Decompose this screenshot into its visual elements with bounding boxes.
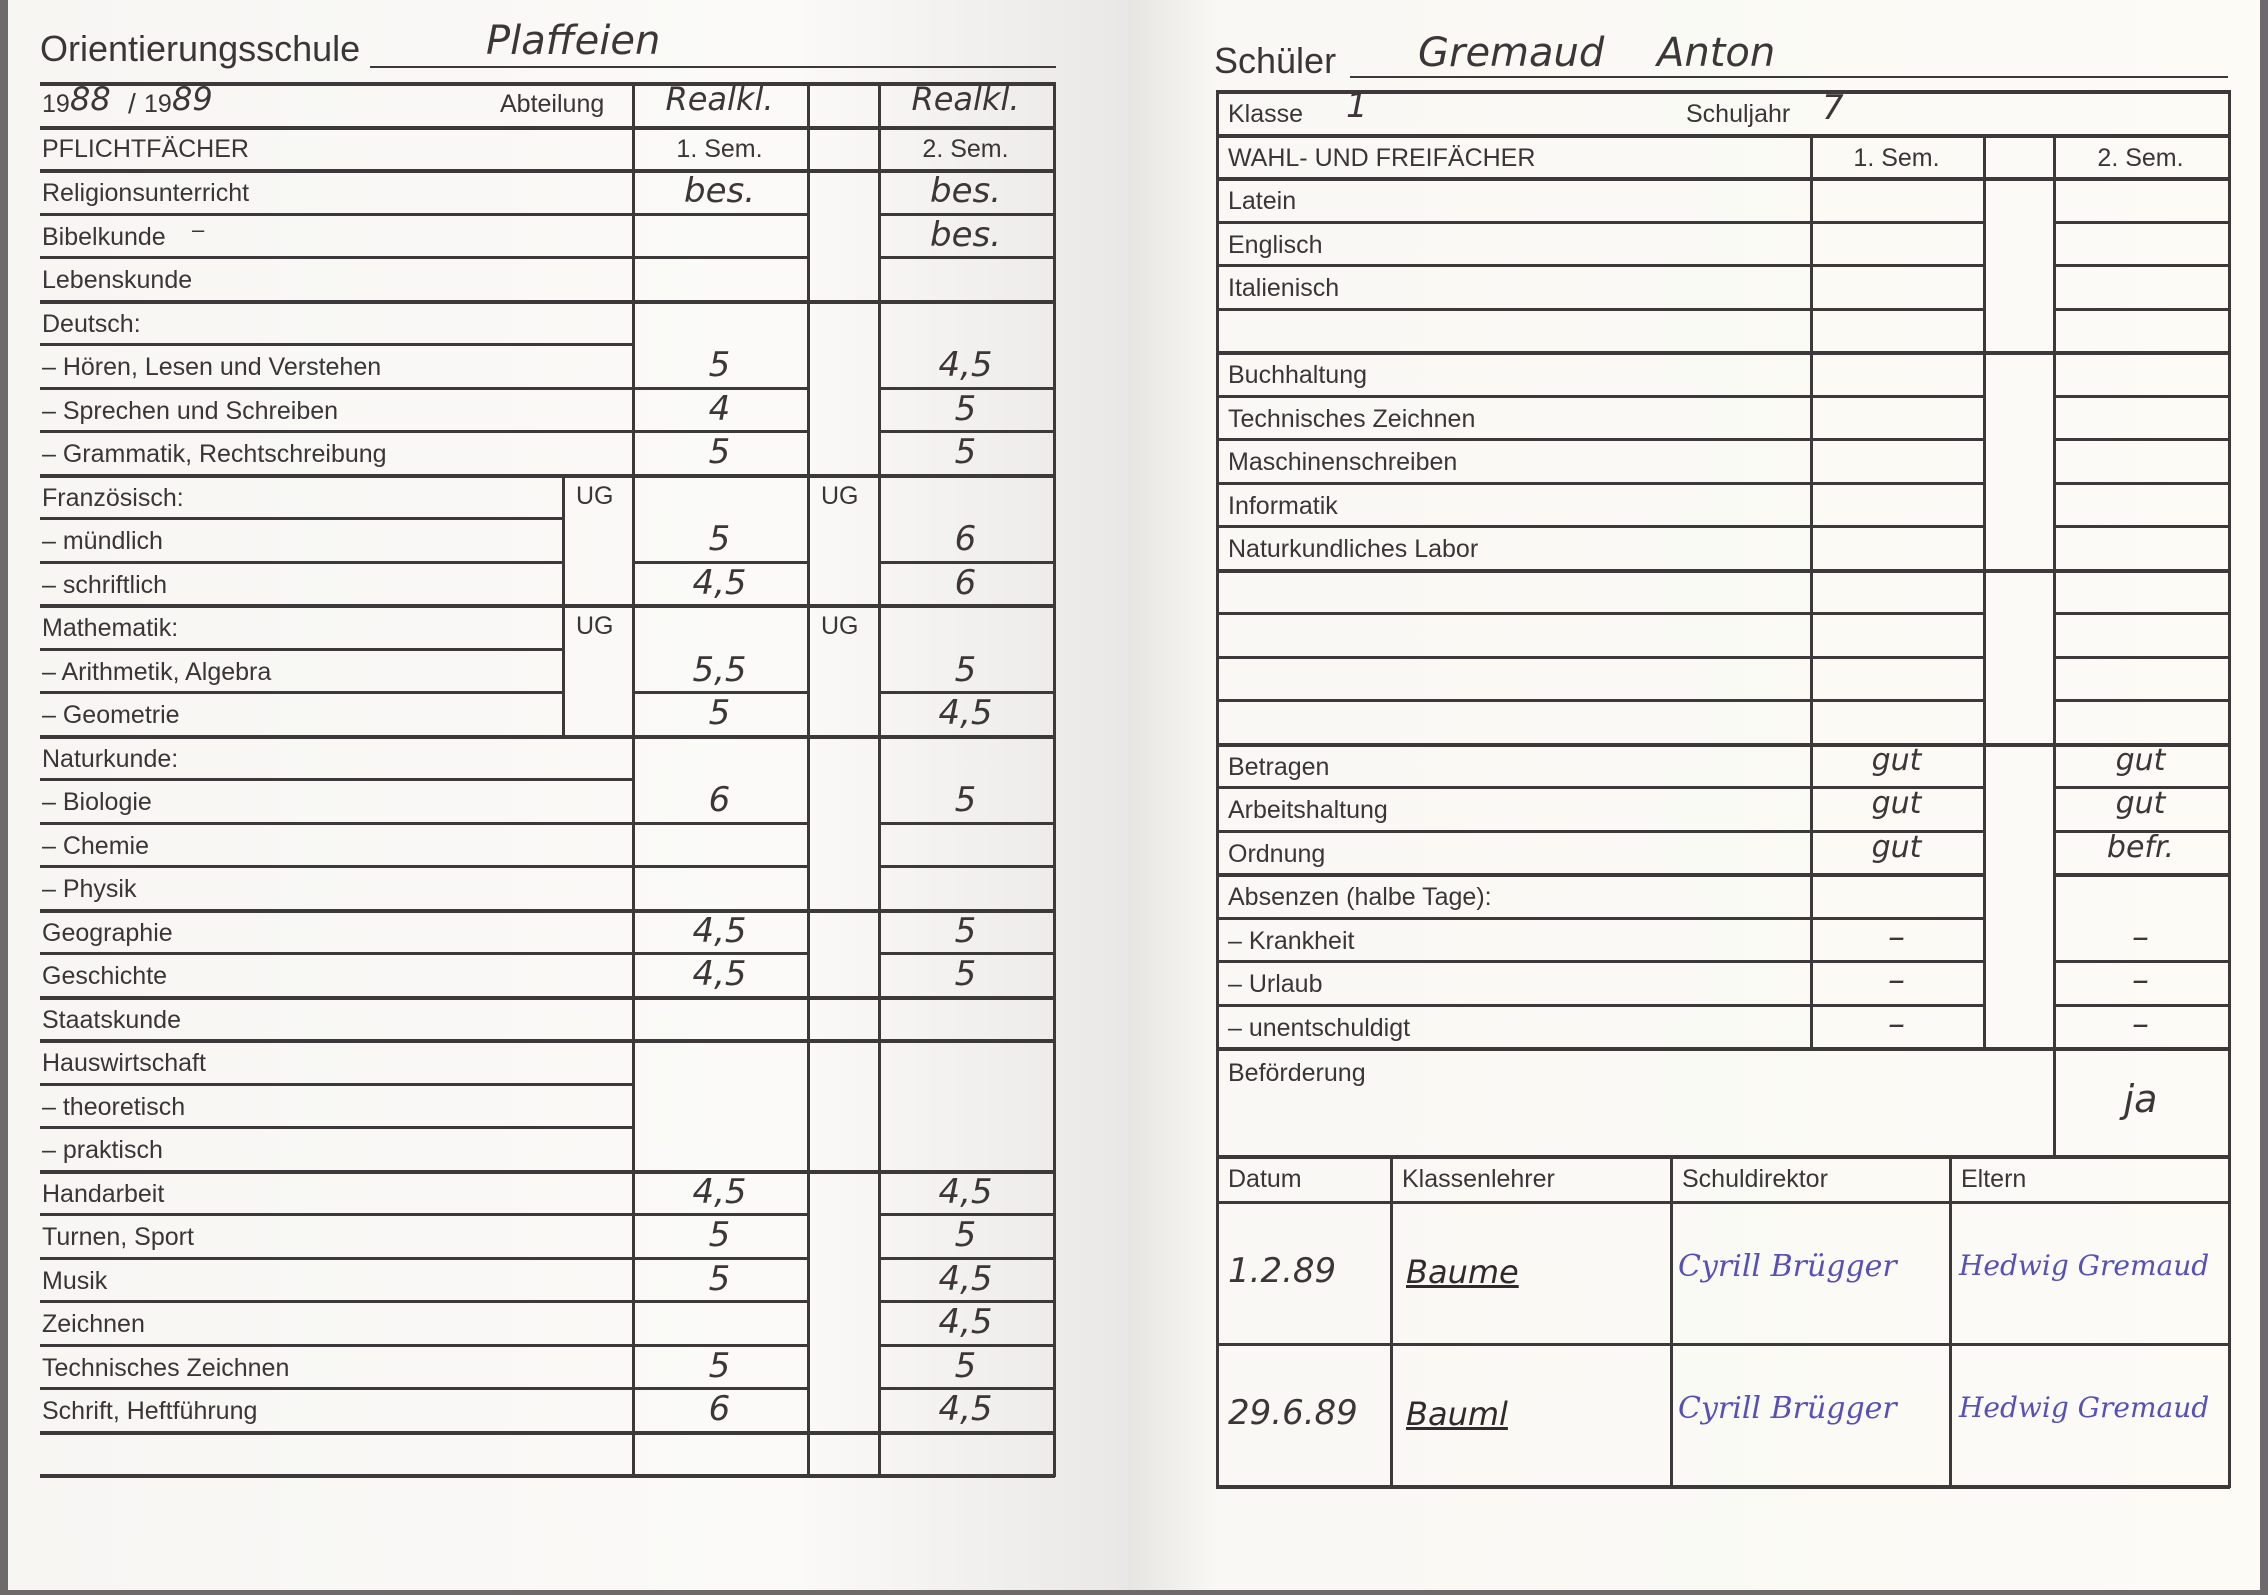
subject-label: – schriftlich [42,571,167,600]
klasse-label: Klasse [1228,100,1303,129]
gutter-rule [1983,743,2053,747]
subject-label: Deutsch: [42,310,141,339]
row-rule-sem1 [632,256,807,259]
row-rule [40,909,632,913]
row-rule-sem1 [632,735,807,739]
row-rule-sem2 [2053,221,2230,224]
signature-column-line [1390,1155,1393,1485]
row-rule [40,169,632,173]
row-rule-sem2 [2053,308,2230,311]
row-rule [40,517,562,520]
subject-label: Französisch: [42,484,184,513]
row-rule [40,1039,632,1043]
table-right-line [2228,90,2231,1488]
subject-label: Mathematik: [42,614,178,643]
row-rule-sem1 [632,1039,807,1043]
schuljahr-value: 7 [1822,88,1844,128]
signature-header: Schuldirektor [1682,1165,1828,1194]
conduct-sem2: gut [2053,743,2228,778]
ug-column-line [562,604,565,735]
conduct-label: Ordnung [1228,840,1325,869]
conduct-sem1: gut [1810,830,1983,865]
parents-signature: Hedwig Gremaud [1959,1391,2209,1424]
conduct-sem2: gut [2053,786,2228,821]
row-rule [1216,221,1983,224]
row-rule-sem2 [2053,873,2230,877]
subject-label: – Arithmetik, Algebra [42,658,271,687]
grade-sem2: 5 [878,389,1053,429]
grade-sem1: 6 [632,780,807,820]
row-rule-sem2 [2053,438,2230,441]
signature-bottom-rule [1216,1485,2230,1489]
absence-sem2: – [2053,960,2228,1000]
gutter-rule [1983,569,2053,573]
student-value: Gremaud Anton [1418,30,1775,76]
signature-date: 1.2.89 [1228,1251,1336,1291]
school-label: Orientierungsschule [40,28,360,70]
promotion-label: Beförderung [1228,1059,1366,1088]
signature-date: 29.6.89 [1228,1393,1358,1433]
row-rule [1216,569,1983,573]
row-rule [1216,525,1983,528]
row-rule [40,1170,632,1174]
gutter-rule [807,735,878,739]
row-rule-sem2 [2053,699,2230,702]
grade-sem1: 6 [632,1389,807,1429]
subject-label: – Sprechen und Schreiben [42,397,338,426]
subject-label: – Grammatik, Rechtschreibung [42,440,387,469]
elective-label: Latein [1228,187,1296,216]
row-rule [40,1344,632,1347]
signature-header: Klassenlehrer [1402,1165,1555,1194]
ug-label-sem1: UG [576,612,614,641]
row-rule [1216,656,1983,659]
schuljahr-label: Schuljahr [1686,100,1790,129]
table-right-line [1053,82,1056,1477]
ug-label-sem2: UG [821,482,859,511]
row-rule-sem2 [2053,351,2230,355]
row-rule [40,430,632,433]
gutter-rule [807,474,878,478]
grade-sem2: 5 [878,650,1053,690]
elective-label: Informatik [1228,492,1338,521]
row-rule [40,561,562,564]
sem1-right-line [807,82,810,1477]
row-rule-sem1 [632,300,807,304]
grade-sem1: 5,5 [632,650,807,690]
row-rule-sem2 [2053,612,2230,615]
row-rule-sem2 [2053,482,2230,485]
grade-sem2: 5 [878,1215,1053,1255]
absence-sem2: – [2053,917,2228,957]
row-rule-sem1 [632,1431,807,1435]
absence-sem2: – [2053,1004,2228,1044]
row-rule [1216,308,1983,311]
student-underline [1350,76,2228,78]
grade-sem1: 4,5 [632,911,807,951]
row-rule-sem1 [632,1300,807,1303]
row-rule [40,648,562,651]
year-value-2: 89 [172,80,213,118]
row-rule-sem2 [878,822,1055,825]
absence-sem1: – [1810,1004,1983,1044]
abteilung-sem2: Realkl. [878,80,1053,118]
grade-sem1: 4,5 [632,563,807,603]
year-prefix-2: 19 [144,90,172,119]
subject-label: Geographie [42,919,173,948]
row-rule-sem2 [878,256,1055,259]
row-rule-sem2 [878,1039,1055,1043]
row-rule [1216,873,1983,877]
elective-label: Naturkundliches Labor [1228,535,1478,564]
row-rule-sem2 [878,1431,1055,1435]
grade-sem2: 4,5 [878,693,1053,733]
grade-sem2: 5 [878,780,1053,820]
grade-sem2: 4,5 [878,345,1053,385]
grade-sem2: 4,5 [878,1389,1053,1429]
subject-label: – Geometrie [42,701,180,730]
elective-label: Englisch [1228,231,1323,260]
grade-sem2: bes. [878,171,1053,211]
subject-label: Geschichte [42,962,167,991]
row-rule [1216,482,1983,485]
row-rule [40,1083,632,1086]
row-rule [40,1213,632,1216]
row-rule [40,735,632,739]
conduct-sem1: gut [1810,786,1983,821]
promotion-rule [1216,1047,2230,1051]
director-signature: Cyrill Brügger [1678,1391,1897,1426]
grade-sem1: 4,5 [632,954,807,994]
grade-sem2: 4,5 [878,1172,1053,1212]
subject-label: Handarbeit [42,1180,164,1209]
header-rule [1216,134,2230,138]
gutter-rule [807,169,878,173]
gutter-rule [1983,351,2053,355]
grade-sem2: 6 [878,519,1053,559]
conduct-label: Arbeitshaltung [1228,796,1388,825]
grade-sem1: 4 [632,389,807,429]
row-rule [40,691,562,694]
grade-sem1: 5 [632,1346,807,1386]
grade-sem1: 5 [632,345,807,385]
grade-sem2: 5 [878,954,1053,994]
subject-label: Zeichnen [42,1310,145,1339]
row-rule [1216,438,1983,441]
row-rule-sem1 [632,604,807,608]
row-rule [1216,177,1983,181]
school-underline [370,66,1056,68]
row-rule [40,1126,632,1129]
sem2-left-line [2053,134,2056,1048]
grade-sem1: 5 [632,519,807,559]
director-signature: Cyrill Brügger [1678,1249,1897,1284]
teacher-signature: Baume [1406,1253,1519,1291]
absences-label: Absenzen (halbe Tage): [1228,883,1492,912]
row-rule [40,1257,632,1260]
year-prefix-1: 19 [42,90,70,119]
year-value-1: 88 [70,80,111,118]
grade-sem2: 6 [878,563,1053,603]
row-rule-sem2 [878,996,1055,1000]
gutter-rule [807,1039,878,1043]
grade-sem2: 4,5 [878,1259,1053,1299]
subject-label: Musik [42,1267,107,1296]
section-label-compulsory: PFLICHTFÄCHER [42,135,249,164]
subject-label: – Chemie [42,832,149,861]
subject-label: Technisches Zeichnen [42,1354,289,1383]
row-rule-sem1 [632,865,807,868]
grade-sem2: 5 [878,432,1053,472]
signature-column-line [1949,1155,1952,1485]
row-rule [40,1431,632,1435]
grade-sem1: 5 [632,1215,807,1255]
row-rule-sem2 [878,300,1055,304]
conduct-label: Betragen [1228,753,1329,782]
subject-label: Hauswirtschaft [42,1049,206,1078]
gutter-rule [807,604,878,608]
elective-label: Maschinenschreiben [1228,448,1457,477]
sem1-right-line [1983,134,1986,1048]
row-rule [1216,699,1983,702]
subject-label: Turnen, Sport [42,1223,194,1252]
signature-top-rule [1216,1155,2230,1159]
row-rule [40,387,632,390]
table-bottom-rule [40,1474,1055,1478]
grade-sem2: 5 [878,911,1053,951]
row-rule-sem2 [2053,525,2230,528]
conduct-sem1: gut [1810,743,1983,778]
sem2-header: 2. Sem. [878,135,1053,164]
signature-header: Datum [1228,1165,1302,1194]
parents-signature: Hedwig Gremaud [1959,1249,2209,1282]
row-rule [40,822,632,825]
gutter-rule [1983,177,2053,181]
abteilung-label: Abteilung [500,90,604,119]
subject-label: – theoretisch [42,1093,185,1122]
row-rule-sem2 [2053,395,2230,398]
row-rule [40,952,632,955]
row-rule-sem2 [2053,264,2230,267]
sem1-header: 1. Sem. [1810,144,1983,173]
ug-label-sem2: UG [821,612,859,641]
grade-sem2: 5 [878,1346,1053,1386]
subject-label: – praktisch [42,1136,163,1165]
signature-column-line [1670,1155,1673,1485]
table-left-line [1216,90,1219,1488]
section-label-electives: WAHL- UND FREIFÄCHER [1228,144,1535,173]
absence-sem1: – [1810,960,1983,1000]
absence-label: – unentschuldigt [1228,1014,1410,1043]
school-value: Plaffeien [486,18,660,64]
row-rule-sem2 [878,735,1055,739]
promotion-value: ja [2053,1077,2228,1121]
row-rule-sem1 [632,996,807,1000]
row-rule-sem2 [878,865,1055,868]
grade-sem1: 5 [632,1259,807,1299]
row-rule [40,213,632,216]
row-rule-sem1 [632,213,807,216]
subject-label: Lebenskunde [42,266,192,295]
row-rule [40,604,632,608]
year-separator: / [128,88,136,120]
absence-sem1: – [1810,917,1983,957]
subject-label: Schrift, Heftführung [42,1397,257,1426]
signature-header: Eltern [1961,1165,2026,1194]
sem1-header: 1. Sem. [632,135,807,164]
row-rule-sem1 [632,822,807,825]
absence-label: – Krankheit [1228,927,1354,956]
row-rule [40,865,632,868]
row-rule [40,256,632,259]
gutter-rule [807,300,878,304]
subject-label: – Physik [42,875,136,904]
sem1-left-line [632,82,635,1477]
abteilung-sem1: Realkl. [632,80,807,118]
grade-sem1: 5 [632,693,807,733]
row-rule [40,343,632,346]
grade-sem1: bes. [632,171,807,211]
row-rule [40,474,632,478]
student-label: Schüler [1214,40,1336,82]
absence-label: – Urlaub [1228,970,1323,999]
row-rule-sem2 [2053,569,2230,573]
elective-label: Buchhaltung [1228,361,1367,390]
ug-label-sem1: UG [576,482,614,511]
row-rule-sem1 [632,474,807,478]
row-rule [1216,612,1983,615]
subject-mark: – [192,217,204,243]
gutter-rule [807,1170,878,1174]
teacher-signature: Bauml [1406,1395,1508,1433]
sem2-left-line [878,82,881,1477]
row-rule-sem2 [878,474,1055,478]
subject-label: – Biologie [42,788,152,817]
row-rule [40,778,632,781]
header-rule [40,126,1055,130]
signature-row-rule [1216,1343,2230,1346]
row-rule [1216,264,1983,267]
row-rule [1216,351,1983,355]
row-rule-sem2 [2053,656,2230,659]
grade-sem1: 4,5 [632,1172,807,1212]
subject-label: Staatskunde [42,1006,181,1035]
row-rule-sem2 [2053,177,2230,181]
table-top-rule [1216,90,2230,94]
promotion-column-line [2053,1047,2056,1155]
klasse-value: 1 [1346,86,1368,126]
row-rule [40,1387,632,1390]
subject-label: Naturkunde: [42,745,178,774]
grade-sem1: 5 [632,432,807,472]
gutter-rule [807,909,878,913]
subject-label: – mündlich [42,527,163,556]
ug-column-line [562,474,565,605]
grade-sem2: 4,5 [878,1302,1053,1342]
subject-label: – Hören, Lesen und Verstehen [42,353,381,382]
signature-header-rule [1216,1201,2230,1204]
sem1-left-line [1810,134,1813,1048]
elective-label: Italienisch [1228,274,1339,303]
row-rule [1216,395,1983,398]
subject-label: Religionsunterricht [42,179,249,208]
elective-label: Technisches Zeichnen [1228,405,1475,434]
conduct-sem2: befr. [2053,830,2228,865]
row-rule [40,300,632,304]
row-rule-sem2 [878,604,1055,608]
sem2-header: 2. Sem. [2053,144,2228,173]
gutter-rule [807,996,878,1000]
subject-label: Bibelkunde [42,223,166,252]
gutter-rule [807,1431,878,1435]
row-rule [40,996,632,1000]
row-rule [40,1300,632,1303]
grade-sem2: bes. [878,215,1053,255]
